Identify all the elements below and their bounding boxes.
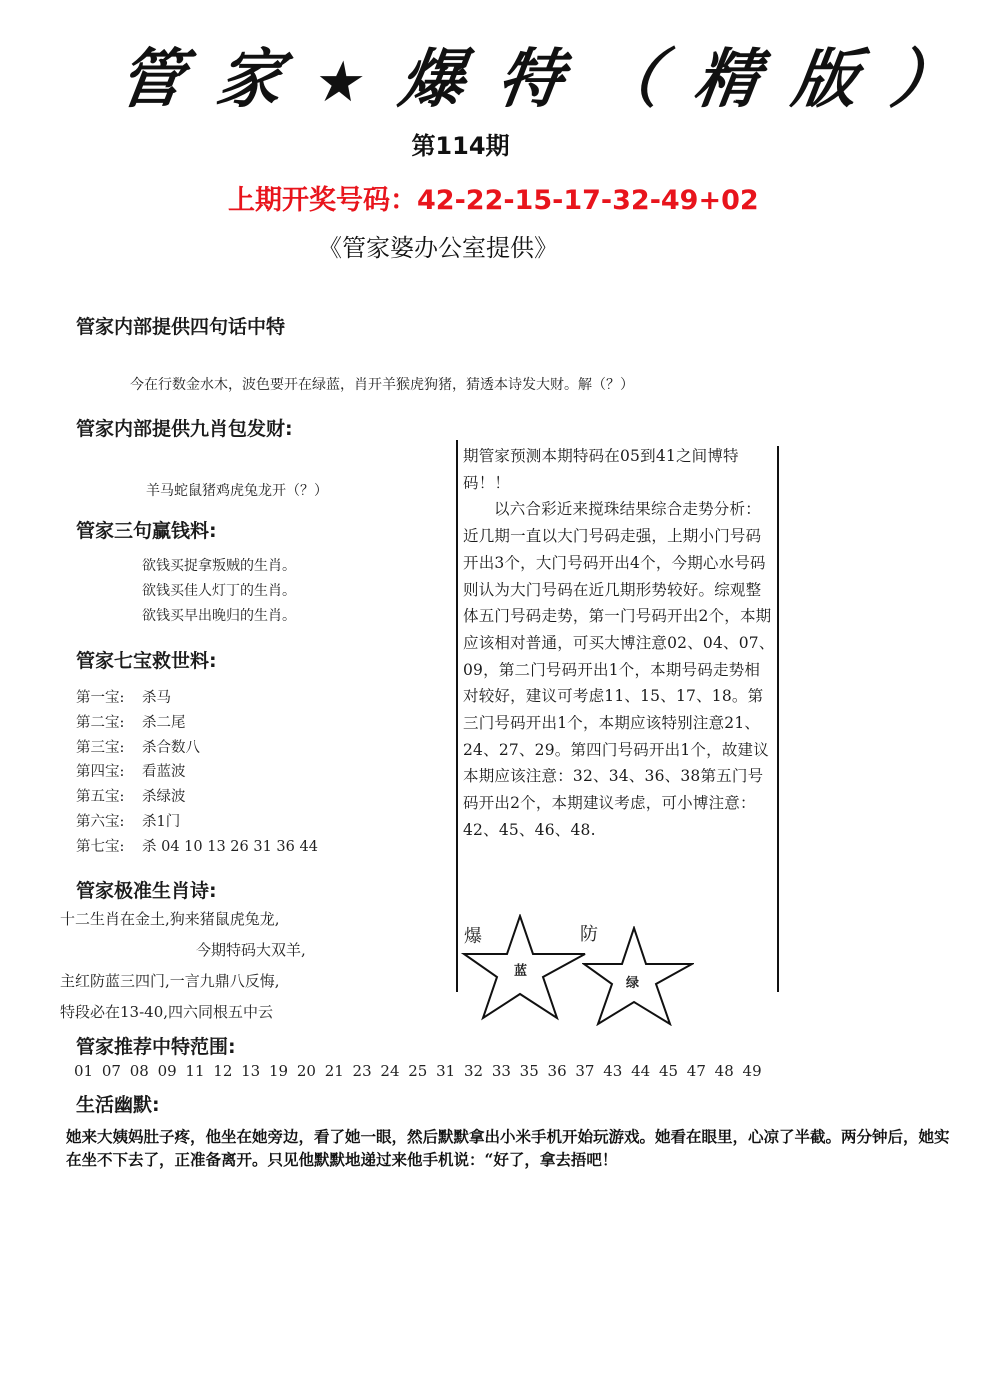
title-char: 家 [212,43,292,117]
title-char: ） [886,43,966,117]
three-line-item: 欲钱买佳人灯丁的生肖。 [142,579,296,604]
treasure-value: 看蓝波 [142,764,186,780]
treasure-value: 杀二尾 [142,715,186,731]
treasure-key: 第七宝: [76,835,142,860]
treasure-value: 杀合数八 [142,740,200,756]
box-right-border [777,446,779,992]
title-char: 特 [493,43,573,117]
poem-line: 特段必在13-40,四六同根五中云 [60,997,306,1028]
range-numbers: 01 07 08 09 11 12 13 19 20 21 23 24 25 3… [74,1062,762,1080]
title-char: （ [591,43,671,117]
poem-line: 主红防蓝三四门,一言九鼎八反悔, [60,966,306,997]
treasure-row: 第二宝:杀二尾 [76,711,318,736]
issue-number: 第114期 [0,126,981,161]
three-line-item: 欲钱买捉拿叛贼的生肖。 [142,554,296,579]
treasure-value: 杀1门 [142,814,180,830]
treasure-row: 第四宝:看蓝波 [76,760,318,785]
treasure-row: 第六宝:杀1门 [76,810,318,835]
last-result-numbers: 42-22-15-17-32-49+02 [417,185,759,216]
humor-text: 她来大姨妈肚子疼，他坐在她旁边，看了她一眼，然后默默拿出小米手机开始玩游戏。她看… [66,1125,956,1171]
last-result-label: 上期开奖号码： [228,185,417,216]
treasure-row: 第一宝:杀马 [76,686,318,711]
treasure-row: 第五宝:杀绿波 [76,785,318,810]
seven-treasures-list: 第一宝:杀马 第二宝:杀二尾 第三宝:杀合数八 第四宝:看蓝波 第五宝:杀绿波 … [76,686,318,860]
section-title-range: 管家推荐中特范围: [76,1032,236,1059]
four-lines-text: 今在行数金水木，波色要开在绿蓝，肖开羊猴虎狗猪，猜透本诗发大财。解（？） [130,374,634,394]
section-title-three-lines: 管家三句赢钱料: [76,516,217,543]
section-title-nine-zodiac: 管家内部提供九肖包发财: [76,414,293,441]
color-stars: 爆 蓝 防 绿 [458,912,698,1022]
treasure-key: 第三宝: [76,736,142,761]
star-icon: ★ [311,50,376,115]
analysis-text: 期管家预测本期特码在05到41之间博特码！！ 以六合彩近来搅珠结果综合走势分析：… [463,443,775,844]
title-char: 版 [788,43,868,117]
treasure-key: 第五宝: [76,785,142,810]
title-char: 精 [690,43,770,117]
treasure-key: 第六宝: [76,810,142,835]
bao-value: 蓝 [514,960,527,979]
treasure-row: 第三宝:杀合数八 [76,736,318,761]
nine-zodiac-text: 羊马蛇鼠猪鸡虎兔龙开（？） [146,480,328,500]
three-line-item: 欲钱买早出晚归的生肖。 [142,604,296,629]
treasure-key: 第一宝: [76,686,142,711]
treasure-key: 第二宝: [76,711,142,736]
poem-lines: 十二生肖在金土,狗来猪鼠虎兔龙, 今期特码大双羊, 主红防蓝三四门,一言九鼎八反… [60,904,306,1028]
poem-line: 今期特码大双羊, [60,935,306,966]
section-title-humor: 生活幽默: [76,1090,160,1117]
analysis-paragraph: 以六合彩近来搅珠结果综合走势分析：近几期一直以大门号码走强，上期小门号码开出3个… [463,496,775,843]
analysis-paragraph: 期管家预测本期特码在05到41之间博特码！！ [463,443,775,496]
box-left-border [456,440,458,992]
fang-value: 绿 [626,972,639,991]
masthead-title: 管 家 ★ 爆 特 （ 精 版 ） [114,28,827,118]
treasure-value: 杀马 [142,690,171,706]
provider-credit: 《管家婆办公室提供》 [318,228,558,263]
treasure-value: 杀绿波 [142,789,186,805]
title-char: 管 [114,43,194,117]
treasure-row: 第七宝:杀 04 10 13 26 31 36 44 [76,835,318,860]
treasure-key: 第四宝: [76,760,142,785]
section-title-four-lines: 管家内部提供四句话中特 [76,312,285,339]
title-char: 爆 [395,43,475,117]
poem-line: 十二生肖在金土,狗来猪鼠虎兔龙, [60,904,306,935]
treasure-value: 杀 04 10 13 26 31 36 44 [142,839,318,855]
section-title-poem: 管家极准生肖诗: [76,876,217,903]
issue-text: 第114期 [411,132,509,160]
section-title-seven-treasures: 管家七宝救世料: [76,646,217,673]
last-result: 上期开奖号码：42-22-15-17-32-49+02 [228,178,759,217]
three-lines-list: 欲钱买捉拿叛贼的生肖。 欲钱买佳人灯丁的生肖。 欲钱买早出晚归的生肖。 [142,554,296,629]
